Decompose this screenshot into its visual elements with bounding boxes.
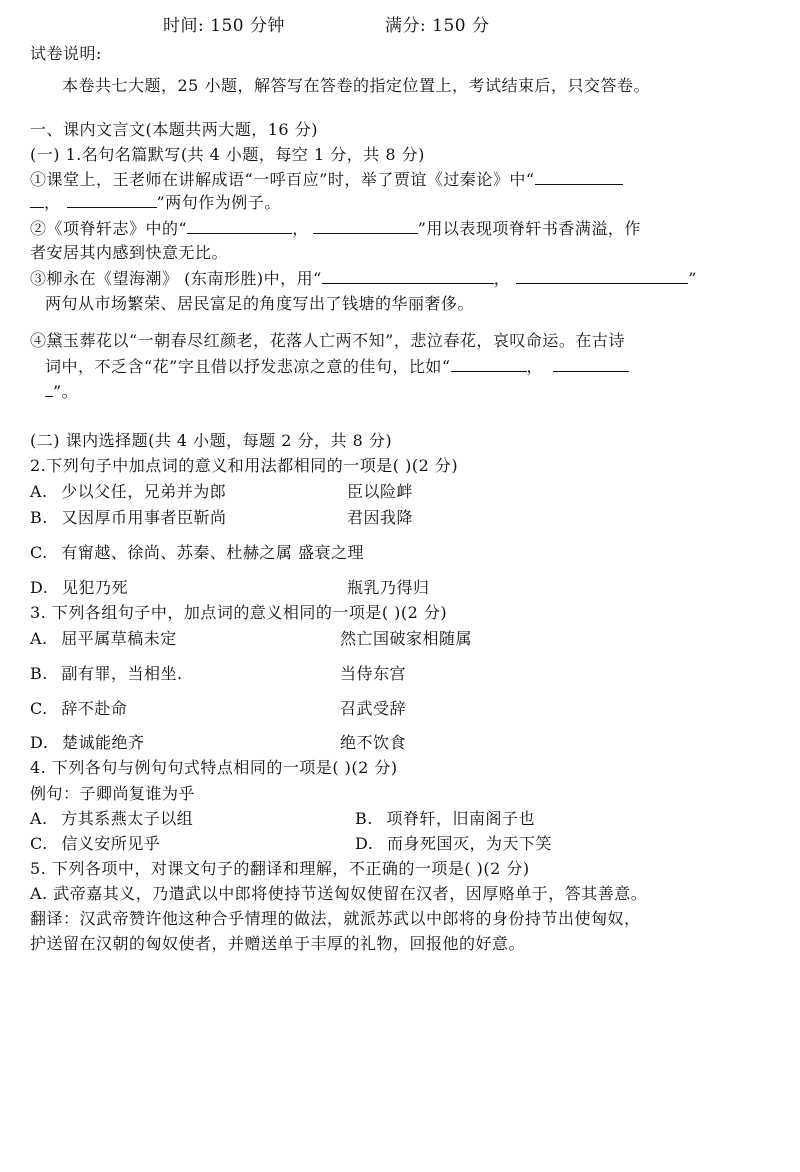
- part1-title: (一) 1.名句名篇默写(共 4 小题，每空 1 分，共 8 分): [30, 145, 425, 165]
- mc-q3-option-c-right: 召武受辞: [340, 699, 406, 719]
- option-left: 副有罪，当相坐.: [61, 664, 182, 683]
- mc-q4-option-c[interactable]: C. 信义安所见乎: [30, 834, 160, 854]
- part2-title: (二) 课内选择题(共 4 小题，每题 2 分，共 8 分): [30, 431, 392, 451]
- option-text: 项脊轩，旧南阁子也: [386, 809, 535, 828]
- option-text: 信义安所见乎: [61, 834, 160, 853]
- q4-comma: ，: [527, 357, 544, 376]
- mc-q2-option-c[interactable]: C. 有甯越、徐尚、苏秦、杜赫之属 盛衰之理: [30, 543, 364, 563]
- mc-q5-option-a[interactable]: A. 武帝嘉其义，乃遣武以中郎将使持节送匈奴使留在汉者，因厚赂单于，答其善意。: [30, 884, 647, 904]
- option-label: C.: [30, 834, 48, 853]
- q1-blank-2[interactable]: [67, 193, 157, 208]
- option-left: 屈平属草稿未定: [61, 629, 177, 648]
- mc-q4-option-a[interactable]: A. 方其系燕太子以组: [30, 809, 193, 829]
- mc-q5-translation-line2: 护送留在汉朝的匈奴使者，并赠送单于丰厚的礼物，回报他的好意。: [30, 934, 525, 954]
- option-label: A.: [30, 809, 48, 828]
- q4-suffix: ”。: [53, 382, 78, 401]
- option-label: C.: [30, 699, 48, 718]
- q4-line3: ”。: [45, 382, 78, 402]
- option-left: 辞不赴命: [61, 699, 127, 718]
- q2-suffix: ”用以表现项脊轩书香满溢，作: [418, 219, 641, 238]
- option-left: 楚诚能绝齐: [62, 733, 145, 752]
- q4-text: 词中，不乏含“花”字且借以抒发悲凉之意的佳句，比如“: [45, 357, 451, 376]
- option-left: 又因厚币用事者臣靳尚: [61, 508, 226, 527]
- instructions-body: 本卷共七大题，25 小题，解答写在答卷的指定位置上，考试结束后，只交答卷。: [62, 76, 650, 96]
- q1-text: ①课堂上，王老师在讲解成语“一呼百应”时，举了贾谊《过秦论》中“: [30, 170, 535, 189]
- q1-blank-1-cont[interactable]: [30, 193, 44, 208]
- mc-q2-option-a-right: 臣以险衅: [347, 482, 413, 502]
- q2-text: ②《项脊轩志》中的“: [30, 219, 187, 238]
- mc-q3-option-a[interactable]: A. 屈平属草稿未定: [30, 629, 177, 649]
- q1-blank-1[interactable]: [535, 170, 623, 185]
- exam-full-score: 满分: 150 分: [385, 16, 489, 36]
- mc-q3-option-d-right: 绝不饮食: [340, 733, 406, 753]
- mc-q3-option-b[interactable]: B. 副有罪，当相坐.: [30, 664, 183, 684]
- option-label: D.: [355, 834, 373, 853]
- option-left: 见犯乃死: [62, 578, 128, 597]
- q4-blank-2-cont[interactable]: [45, 382, 53, 397]
- mc-q5-stem: 5. 下列各项中，对课文句子的翻译和理解，不正确的一项是( )(2 分): [30, 859, 530, 879]
- mc-q3-option-a-right: 然亡国破家相随属: [340, 629, 472, 649]
- mc-q2-option-b[interactable]: B. 又因厚币用事者臣靳尚: [30, 508, 226, 528]
- q1-line2: ，”两句作为例子。: [30, 193, 281, 213]
- instructions-title: 试卷说明:: [30, 44, 102, 64]
- mc-q3-option-c[interactable]: C. 辞不赴命: [30, 699, 127, 719]
- option-text: 方其系燕太子以组: [61, 809, 193, 828]
- q2-blank-2[interactable]: [313, 219, 418, 234]
- option-label: D.: [30, 578, 48, 597]
- q3-text: ③柳永在《望海潮》 (东南形胜)中，用“: [30, 269, 322, 288]
- mc-q4-option-b[interactable]: B. 项脊轩，旧南阁子也: [355, 809, 535, 829]
- section1-title: 一、课内文言文(本题共两大题，16 分): [30, 120, 318, 140]
- option-label: B.: [30, 664, 48, 683]
- q3-line1: ③柳永在《望海潮》 (东南形胜)中，用“，”: [30, 269, 697, 289]
- mc-q4-example: 例句：子卿尚复谁为乎: [30, 784, 195, 804]
- mc-q2-option-a[interactable]: A. 少以父任，兄弟并为郎: [30, 482, 226, 502]
- q1-suffix: ”两句作为例子。: [157, 193, 281, 212]
- mc-q2-option-b-right: 君因我降: [347, 508, 413, 528]
- q2-blank-1[interactable]: [187, 219, 292, 234]
- option-label: D.: [30, 733, 48, 752]
- option-label: A.: [30, 482, 48, 501]
- q1-comma: ，: [44, 193, 61, 212]
- option-label: C.: [30, 543, 48, 562]
- mc-q4-stem: 4. 下列各句与例句句式特点相同的一项是( )(2 分): [30, 758, 398, 778]
- q3-comma: ，: [494, 269, 511, 288]
- q2-line2: 者安居其内感到快意无比。: [30, 243, 228, 263]
- mc-q3-option-d[interactable]: D. 楚诚能绝齐: [30, 733, 144, 753]
- q2-line1: ②《项脊轩志》中的“，”用以表现项脊轩书香满溢，作: [30, 219, 641, 239]
- mc-q2-option-d-right: 瓶乳乃得归: [347, 578, 430, 598]
- option-text: 而身死国灭，为天下笑: [387, 834, 552, 853]
- mc-q2-stem: 2.下列句子中加点词的意义和用法都相同的一项是( )(2 分): [30, 456, 458, 476]
- q4-line1: ④黛玉葬花以“一朝春尽红颜老，花落人亡两不知”，悲泣春花，哀叹命运。在古诗: [30, 331, 625, 351]
- mc-q2-option-d[interactable]: D. 见犯乃死: [30, 578, 128, 598]
- option-label: A.: [30, 629, 48, 648]
- q4-blank-2[interactable]: [553, 357, 629, 372]
- q3-blank-2[interactable]: [516, 269, 688, 284]
- q4-line2: 词中，不乏含“花”字且借以抒发悲凉之意的佳句，比如“，: [45, 357, 629, 377]
- q2-comma: ，: [292, 219, 309, 238]
- q1-line1: ①课堂上，王老师在讲解成语“一呼百应”时，举了贾谊《过秦论》中“: [30, 170, 623, 190]
- q3-blank-1[interactable]: [322, 269, 494, 284]
- option-label: B.: [355, 809, 373, 828]
- q3-line2: 两句从市场繁荣、居民富足的角度写出了钱塘的华丽奢侈。: [45, 294, 474, 314]
- option-left: 少以父任，兄弟并为郎: [61, 482, 226, 501]
- option-label: B.: [30, 508, 48, 527]
- q3-close-quote: ”: [688, 269, 697, 288]
- exam-time: 时间: 150 分钟: [163, 16, 285, 36]
- mc-q4-option-d[interactable]: D. 而身死国灭，为天下笑: [355, 834, 552, 854]
- option-left: 有甯越、徐尚、苏秦、杜赫之属 盛衰之理: [61, 543, 364, 562]
- q4-blank-1[interactable]: [451, 357, 527, 372]
- mc-q3-stem: 3. 下列各组句子中，加点词的意义相同的一项是( )(2 分): [30, 603, 447, 623]
- mc-q3-option-b-right: 当侍东宫: [340, 664, 406, 684]
- mc-q5-translation-line1: 翻译：汉武帝赞许他这种合乎情理的做法，就派苏武以中郎将的身份持节出使匈奴，: [30, 909, 641, 929]
